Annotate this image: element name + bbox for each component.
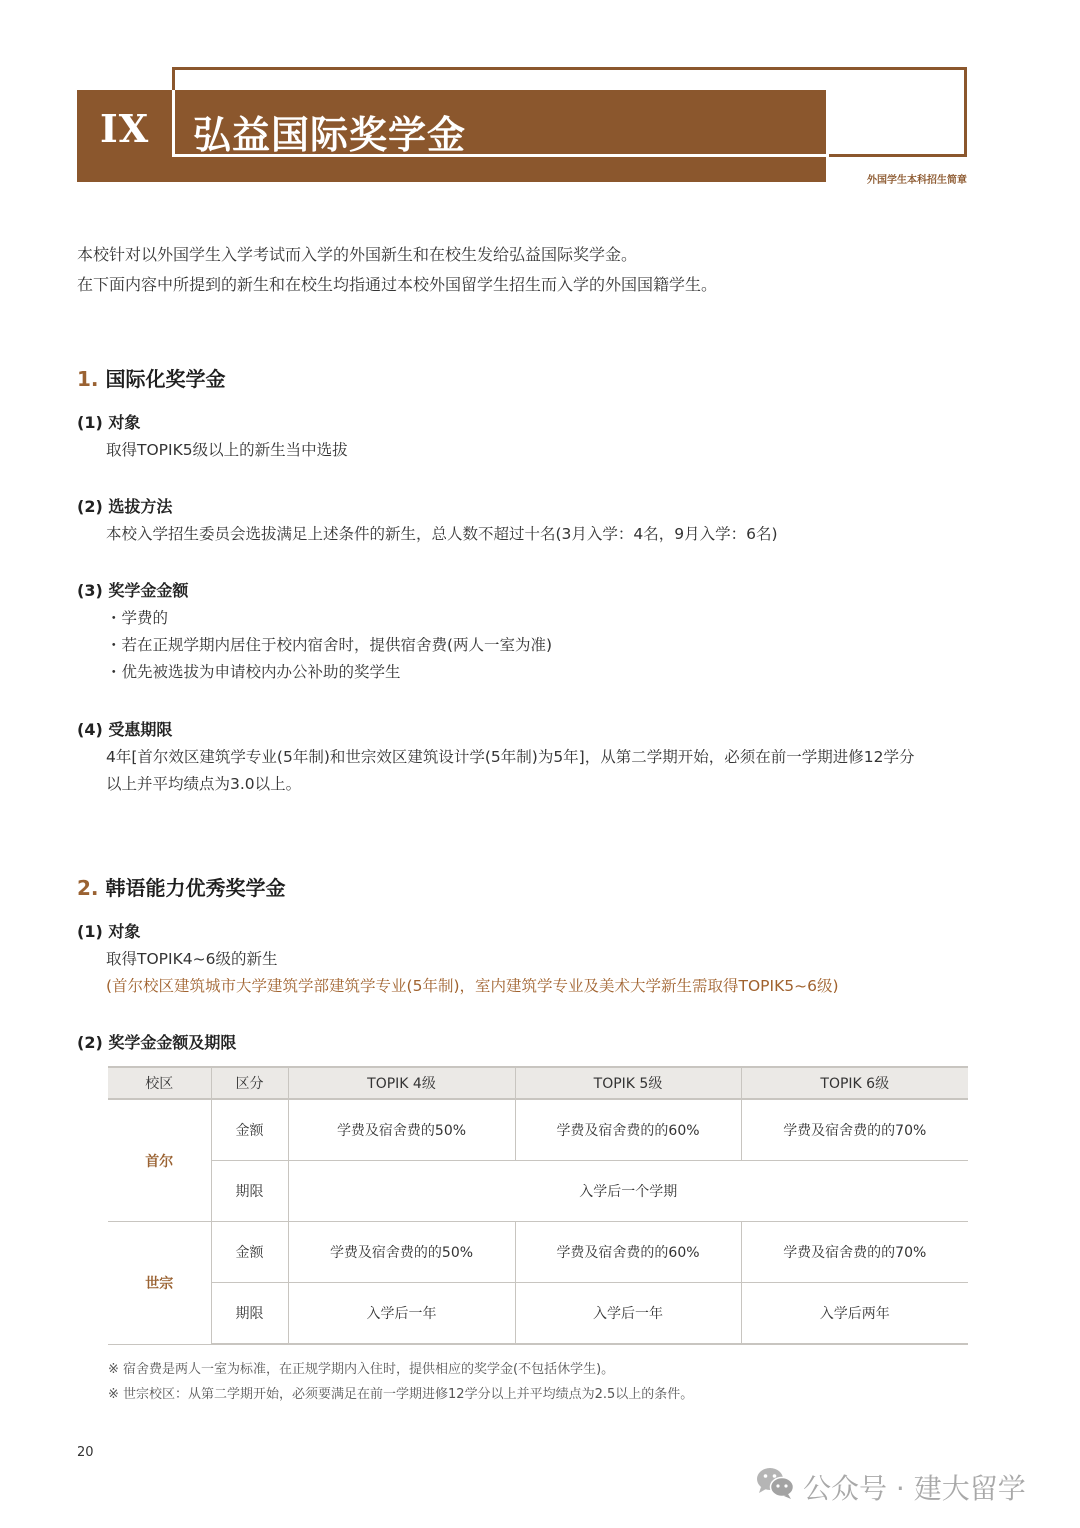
- section-1-title: 国际化奖学金: [105, 367, 225, 391]
- table-row: 世宗 金额 学费及宿舍费的的50% 学费及宿舍费的的60% 学费及宿舍费的的70…: [108, 1222, 968, 1283]
- watermark: 公众号 · 建大留学: [755, 1466, 1026, 1507]
- sejong-topik4-amount: 学费及宿舍费的的50%: [288, 1222, 515, 1283]
- s1-amount-label: (3) 奖学金金额: [77, 578, 188, 601]
- table-note-1: ※ 宿舍费是两人一室为标准，在正规学期内入住时，提供相应的奖学金(不包括休学生)…: [108, 1358, 614, 1377]
- header-subtitle: 外国学生本科招生简章: [820, 171, 967, 186]
- s1-target-text: 取得TOPIK5级以上的新生当中选拔: [106, 437, 348, 464]
- seoul-topik6-amount: 学费及宿舍费的的70%: [741, 1099, 968, 1161]
- intro-line-2: 在下面内容中所提到的新生和在校生均指通过本校外国留学生招生而入学的外国国籍学生。: [77, 270, 717, 300]
- intro-line-1: 本校针对以外国学生入学考试而入学的外国新生和在校生发给弘益国际奖学金。: [77, 240, 637, 270]
- s1-target-label: (1) 对象: [77, 410, 140, 433]
- sejong-topik6-amount: 学费及宿舍费的的70%: [741, 1222, 968, 1283]
- sejong-topik4-period: 入学后一年: [288, 1283, 515, 1345]
- table-header-row: 校区 区分 TOPIK 4级 TOPIK 5级 TOPIK 6级: [108, 1067, 968, 1099]
- section-1-number: 1.: [77, 367, 99, 391]
- row-label-period: 期限: [211, 1283, 288, 1345]
- s1-period-line-2: 以上并平均绩点为3.0以上。: [106, 771, 301, 798]
- s1-amount-bullet-3: ・优先被选拔为申请校内办公补助的奖学生: [106, 659, 401, 686]
- s1-amount-bullet-1: ・学费的: [106, 605, 168, 632]
- seoul-topik4-amount: 学费及宿舍费的50%: [288, 1099, 515, 1161]
- s1-method-text: 本校入学招生委员会选拔满足上述条件的新生，总人数不超过十名(3月入学：4名，9月…: [106, 521, 778, 548]
- table-note-2: ※ 世宗校区：从第二学期开始，必须要满足在前一学期进修12学分以上并平均绩点为2…: [108, 1383, 693, 1402]
- row-label-amount: 金额: [211, 1099, 288, 1161]
- s1-period-label: (4) 受惠期限: [77, 717, 172, 740]
- chapter-number: IX: [100, 106, 149, 151]
- scholarship-table: 校区 区分 TOPIK 4级 TOPIK 5级 TOPIK 6级 首尔 金额 学…: [108, 1066, 968, 1345]
- wechat-icon: [755, 1466, 795, 1507]
- campus-seoul: 首尔: [108, 1099, 211, 1222]
- s2-target-label: (1) 对象: [77, 919, 140, 942]
- section-2-number: 2.: [77, 876, 99, 900]
- watermark-text: 公众号 · 建大留学: [803, 1467, 1026, 1507]
- page-title: 弘益国际奖学金: [193, 104, 466, 159]
- s1-period-line-1: 4年[首尔效区建筑学专业(5年制)和世宗效区建筑设计学(5年制)为5年]，从第二…: [106, 744, 914, 771]
- table-row: 期限 入学后一年 入学后一年 入学后两年: [108, 1283, 968, 1345]
- sejong-topik6-period: 入学后两年: [741, 1283, 968, 1345]
- col-header-topik5: TOPIK 5级: [515, 1067, 741, 1099]
- section-1-heading: 1. 国际化奖学金: [77, 363, 225, 392]
- table-row: 期限 入学后一个学期: [108, 1161, 968, 1222]
- seoul-topik5-amount: 学费及宿舍费的的60%: [515, 1099, 741, 1161]
- col-header-topik6: TOPIK 6级: [741, 1067, 968, 1099]
- section-2-title: 韩语能力优秀奖学金: [105, 876, 285, 900]
- row-label-amount: 金额: [211, 1222, 288, 1283]
- s2-target-note: (首尔校区建筑城市大学建筑学部建筑学专业(5年制)，室内建筑学专业及美术大学新生…: [106, 973, 839, 1000]
- section-2-heading: 2. 韩语能力优秀奖学金: [77, 872, 285, 901]
- campus-sejong: 世宗: [108, 1222, 211, 1345]
- s2-amount-label: (2) 奖学金金额及期限: [77, 1030, 236, 1053]
- s2-target-text: 取得TOPIK4~6级的新生: [106, 946, 277, 973]
- col-header-category: 区分: [211, 1067, 288, 1099]
- seoul-period: 入学后一个学期: [288, 1161, 968, 1222]
- s1-method-label: (2) 选拔方法: [77, 494, 172, 517]
- col-header-topik4: TOPIK 4级: [288, 1067, 515, 1099]
- table-row: 首尔 金额 学费及宿舍费的50% 学费及宿舍费的的60% 学费及宿舍费的的70%: [108, 1099, 968, 1161]
- page-number: 20: [77, 1445, 94, 1460]
- s1-amount-bullet-2: ・若在正规学期内居住于校内宿舍时，提供宿舍费(两人一室为准): [106, 632, 552, 659]
- col-header-campus: 校区: [108, 1067, 211, 1099]
- row-label-period: 期限: [211, 1161, 288, 1222]
- sejong-topik5-period: 入学后一年: [515, 1283, 741, 1345]
- sejong-topik5-amount: 学费及宿舍费的的60%: [515, 1222, 741, 1283]
